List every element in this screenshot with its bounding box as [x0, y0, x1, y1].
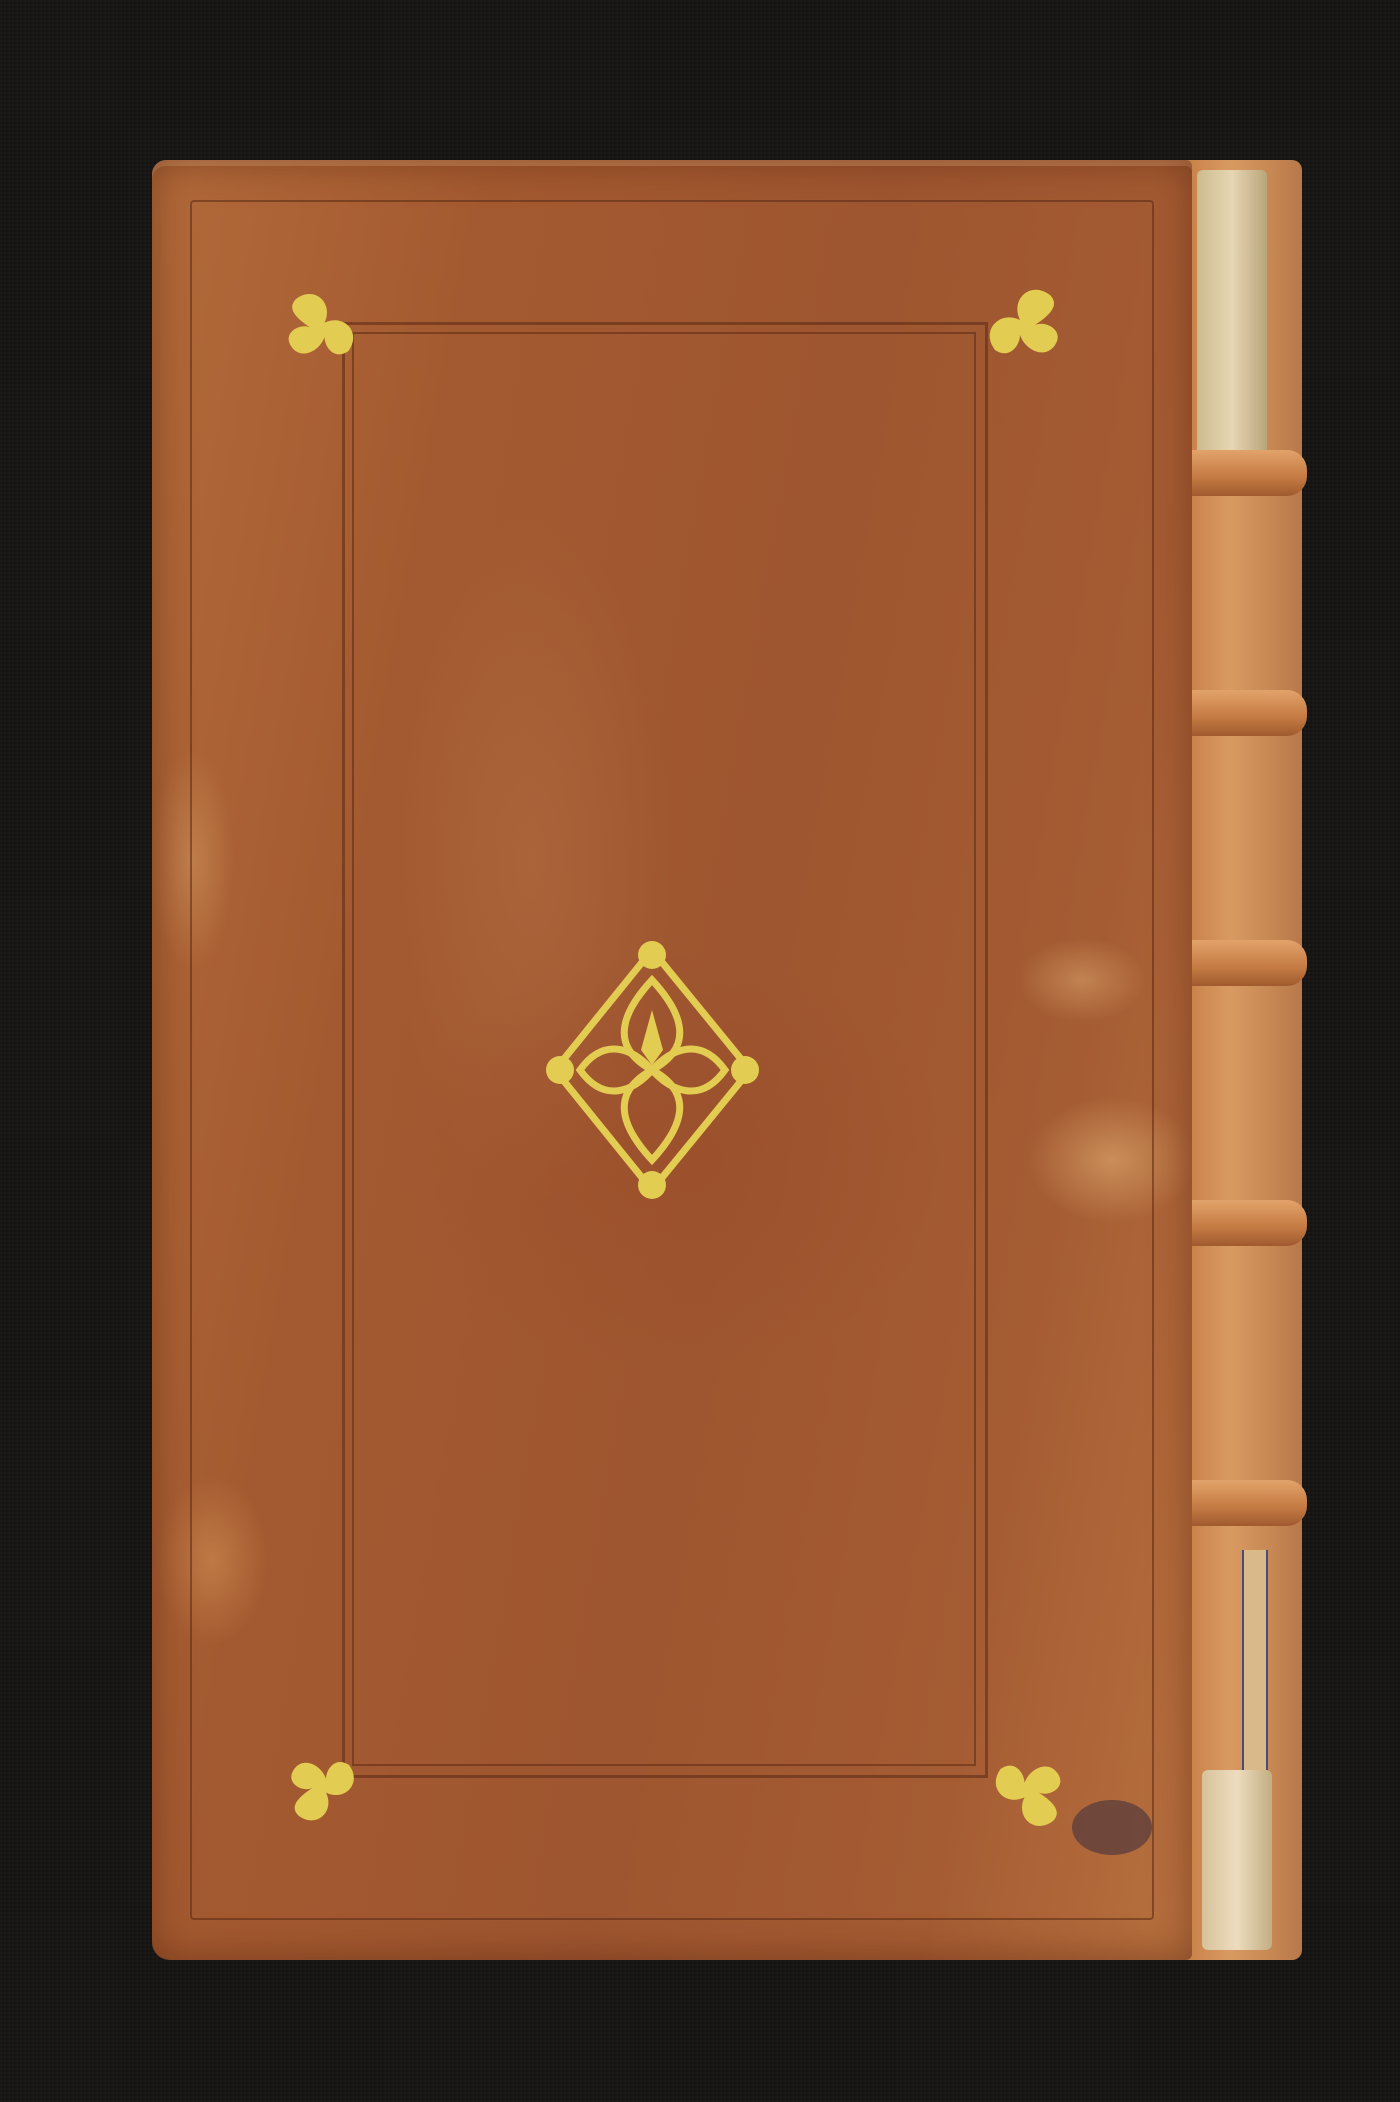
corner-ornament-bottom-left — [280, 1742, 372, 1834]
spine-exposed-top — [1197, 170, 1267, 460]
spine-band — [1172, 1200, 1307, 1246]
center-lozenge-ornament — [545, 940, 760, 1200]
corner-ornament-top-left — [277, 280, 372, 375]
spine-band — [1172, 450, 1307, 496]
front-cover — [152, 160, 1192, 1960]
book — [152, 160, 1302, 1960]
corner-ornament-bottom-right — [977, 1745, 1072, 1840]
spine-exposed-bottom — [1202, 1770, 1272, 1950]
spine-band — [1172, 690, 1307, 736]
corner-ornament-top-right — [970, 275, 1070, 375]
spine-band — [1172, 940, 1307, 986]
spine-label-strip — [1242, 1550, 1268, 1770]
spine-band — [1172, 1480, 1307, 1526]
dark-stain — [1072, 1800, 1152, 1855]
